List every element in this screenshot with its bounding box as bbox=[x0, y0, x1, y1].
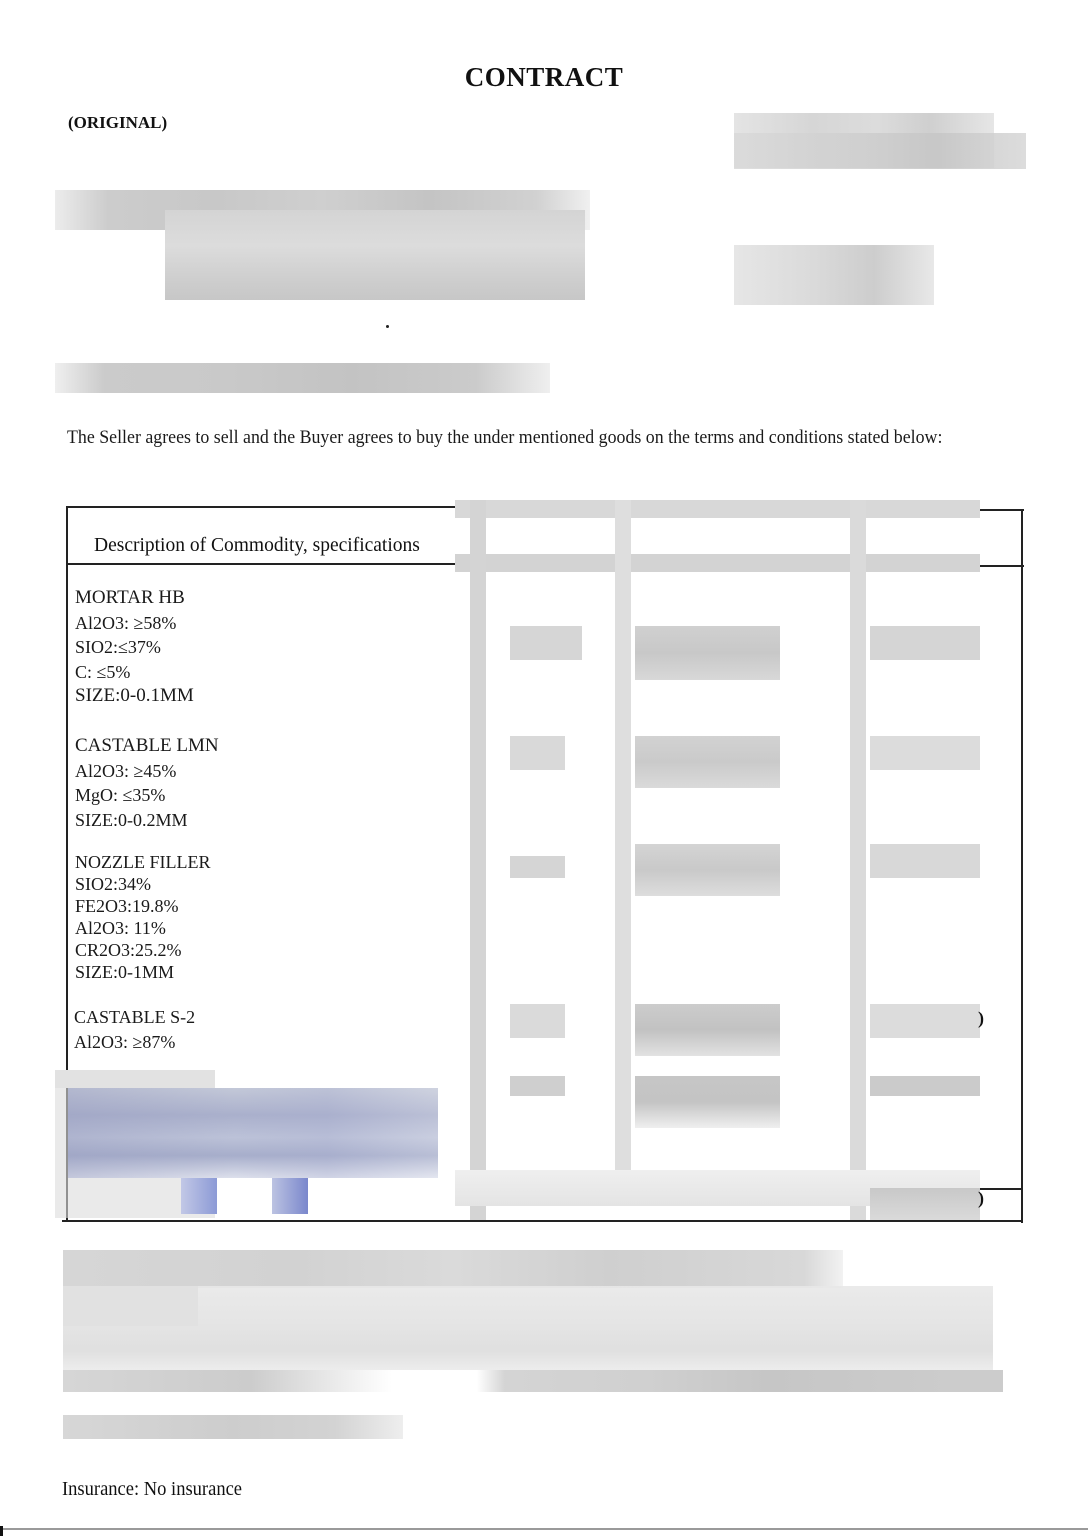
page-edge bbox=[0, 1528, 1088, 1530]
insurance-line: Insurance: No insurance bbox=[62, 1479, 242, 1501]
document-title: CONTRACT bbox=[0, 62, 1088, 93]
column-header-description: Description of Commodity, specifications bbox=[94, 535, 464, 557]
item-spec: C: ≤5% bbox=[75, 660, 194, 685]
item-name: CASTABLE S-2 bbox=[74, 1005, 195, 1030]
redacted-contract-info bbox=[716, 95, 1026, 330]
item-spec: SIZE:0-1MM bbox=[75, 961, 210, 983]
item-spec: Al2O3: 11% bbox=[75, 917, 210, 939]
item-name: NOZZLE FILLER bbox=[75, 851, 210, 873]
table-row: CASTABLE S-2 Al2O3: ≥87% bbox=[74, 1005, 195, 1054]
closing-paren-mark: ) bbox=[978, 1008, 984, 1029]
redacted-item-row bbox=[55, 1070, 440, 1218]
redacted-terms bbox=[45, 1240, 995, 1455]
item-spec: Al2O3: ≥87% bbox=[74, 1030, 195, 1055]
redacted-party-details bbox=[55, 180, 615, 400]
stray-dot bbox=[386, 325, 389, 328]
item-spec: SIZE:0-0.1MM bbox=[75, 684, 194, 709]
item-spec: FE2O3:19.8% bbox=[75, 895, 210, 917]
closing-paren-mark: ) bbox=[978, 1188, 984, 1209]
scan-mark bbox=[0, 1526, 3, 1536]
item-spec: CR2O3:25.2% bbox=[75, 939, 210, 961]
item-spec: Al2O3: ≥45% bbox=[75, 759, 219, 784]
item-name: MORTAR HB bbox=[75, 586, 194, 611]
table-row: MORTAR HB Al2O3: ≥58% SIO2:≤37% C: ≤5% S… bbox=[75, 586, 194, 709]
item-spec: SIZE:0-0.2MM bbox=[75, 808, 219, 833]
table-row: CASTABLE LMN Al2O3: ≥45% MgO: ≤35% SIZE:… bbox=[75, 734, 219, 832]
item-spec: Al2O3: ≥58% bbox=[75, 611, 194, 636]
redacted-price-columns bbox=[455, 500, 980, 1220]
table-row: NOZZLE FILLER SIO2:34% FE2O3:19.8% Al2O3… bbox=[75, 851, 210, 983]
intro-paragraph: The Seller agrees to sell and the Buyer … bbox=[67, 424, 979, 451]
item-spec: SIO2:≤37% bbox=[75, 635, 194, 660]
copy-label: (ORIGINAL) bbox=[68, 113, 167, 133]
item-spec: SIO2:34% bbox=[75, 873, 210, 895]
item-name: CASTABLE LMN bbox=[75, 734, 219, 759]
item-spec: MgO: ≤35% bbox=[75, 783, 219, 808]
